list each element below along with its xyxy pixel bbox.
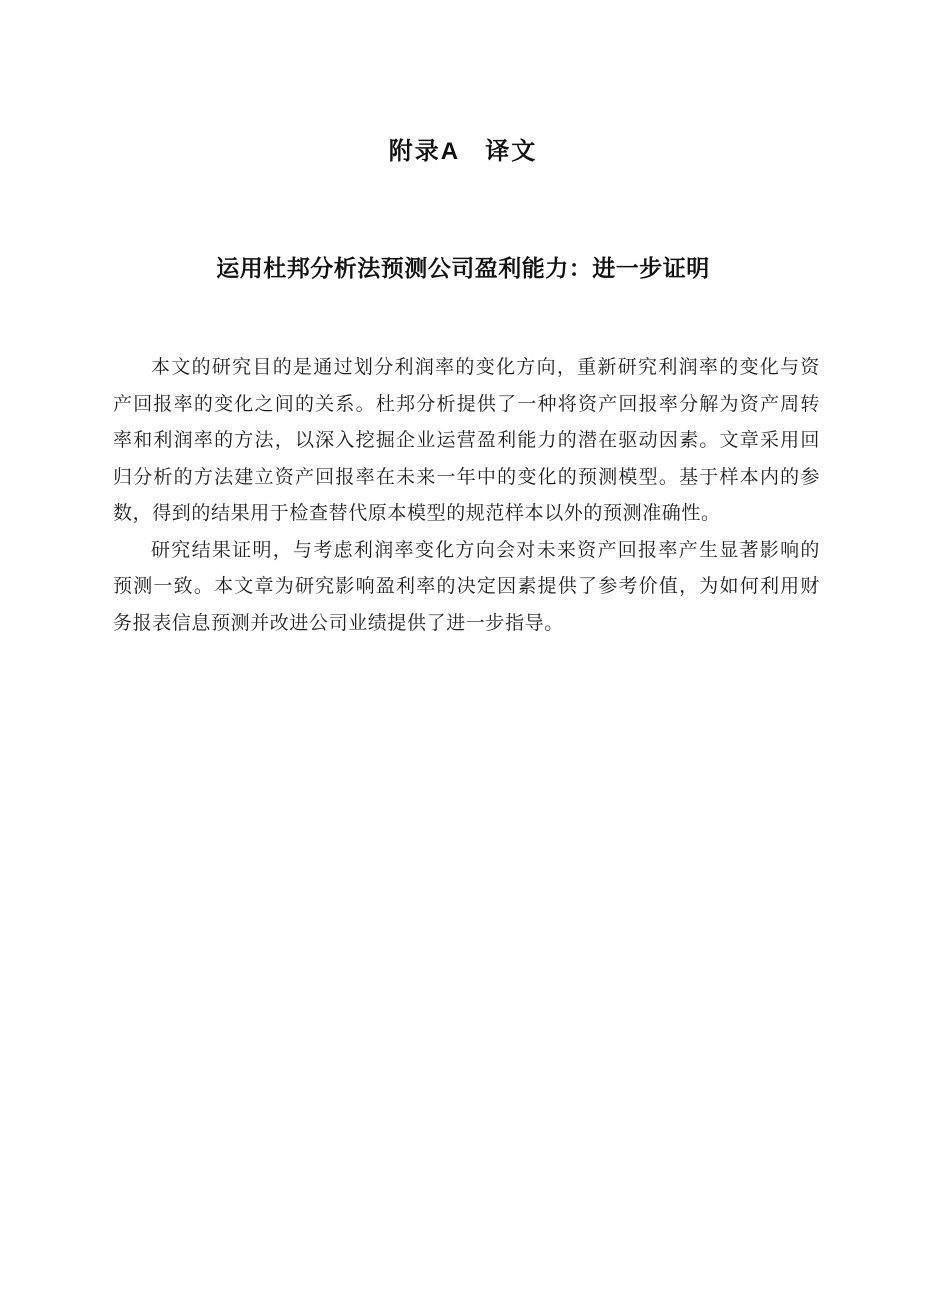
body-text: 本文的研究目的是通过划分利润率的变化方向，重新研究利润率的变化与资 产回报率的变…	[113, 350, 820, 642]
paragraph-1-line-1: 本文的研究目的是通过划分利润率的变化方向，重新研究利润率的变化与资	[113, 350, 820, 387]
article-title: 运用杜邦分析法预测公司盈利能力：进一步证明	[0, 250, 926, 283]
paragraph-1-line-5: 数，得到的结果用于检查替代原本模型的规范样本以外的预测准确性。	[113, 496, 820, 533]
paragraph-2: 研究结果证明，与考虑利润率变化方向会对未来资产回报率产生显著影响的 预测一致。本…	[113, 533, 820, 643]
paragraph-1-line-3: 率和利润率的方法，以深入挖掘企业运营盈利能力的潜在驱动因素。文章采用回	[113, 423, 820, 460]
paragraph-2-line-1: 研究结果证明，与考虑利润率变化方向会对未来资产回报率产生显著影响的	[113, 533, 820, 570]
document-page: 附录A 译文 运用杜邦分析法预测公司盈利能力：进一步证明 本文的研究目的是通过划…	[0, 0, 926, 1309]
paragraph-2-line-3: 务报表信息预测并改进公司业绩提供了进一步指导。	[113, 606, 820, 643]
paragraph-1-line-2: 产回报率的变化之间的关系。杜邦分析提供了一种将资产回报率分解为资产周转	[113, 387, 820, 424]
appendix-title: 附录A 译文	[0, 131, 926, 166]
paragraph-1-line-4: 归分析的方法建立资产回报率在未来一年中的变化的预测模型。基于样本内的参	[113, 460, 820, 497]
paragraph-2-line-2: 预测一致。本文章为研究影响盈利率的决定因素提供了参考价值，为如何利用财	[113, 569, 820, 606]
paragraph-1: 本文的研究目的是通过划分利润率的变化方向，重新研究利润率的变化与资 产回报率的变…	[113, 350, 820, 533]
